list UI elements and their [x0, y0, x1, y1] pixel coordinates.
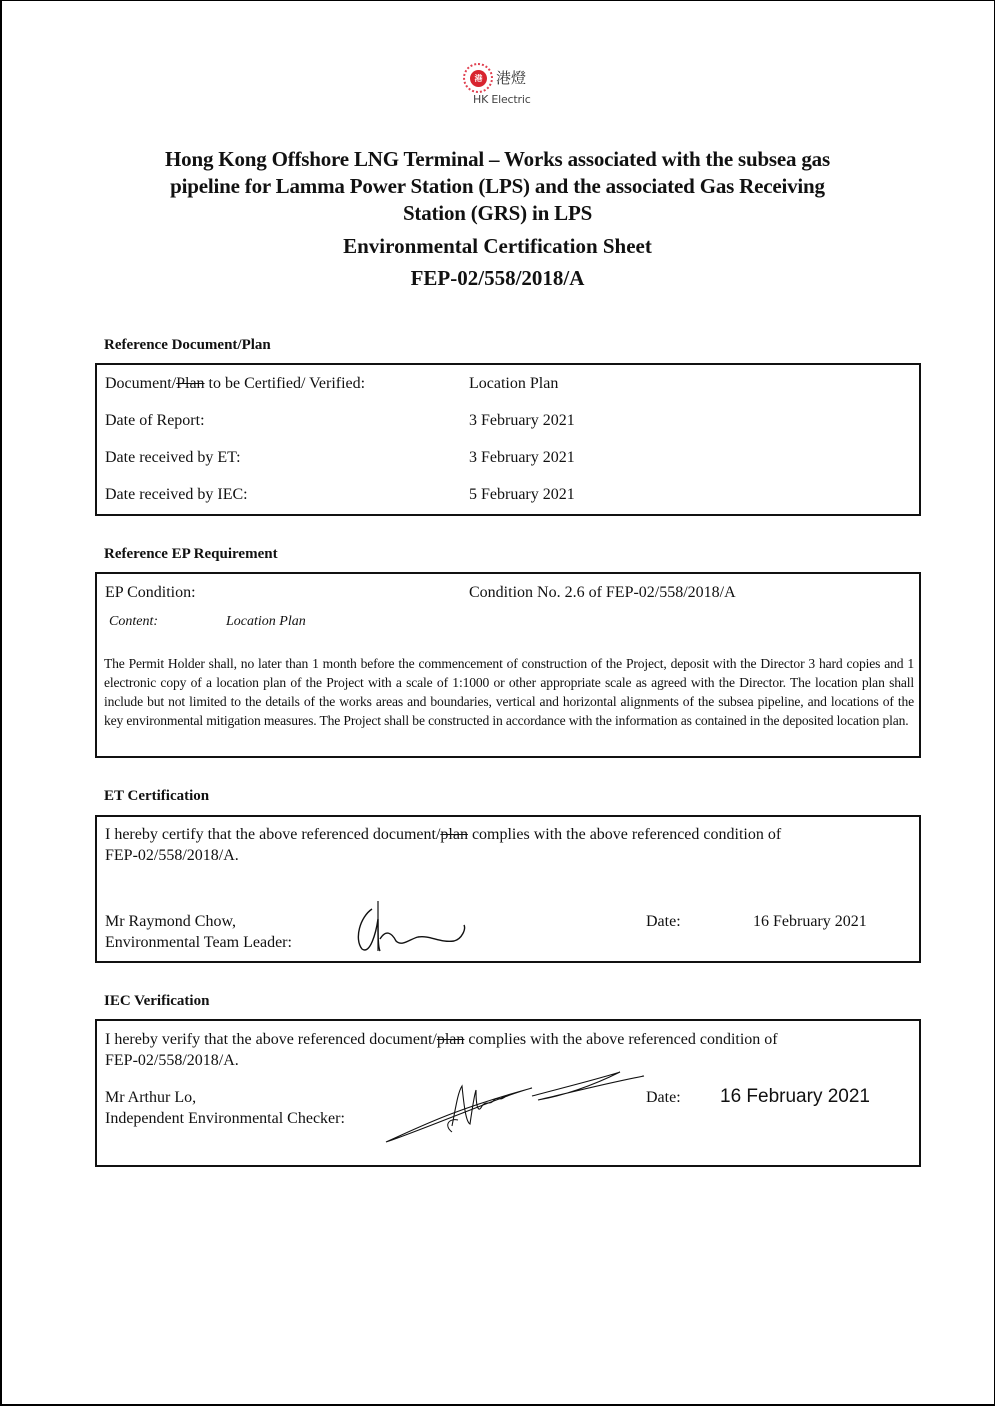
section-heading-reference-document: Reference Document/Plan — [104, 337, 271, 354]
date-received-iec-value: 5 February 2021 — [469, 486, 575, 504]
ep-condition-label: EP Condition: — [105, 584, 196, 602]
ep-condition-value: Condition No. 2.6 of FEP-02/558/2018/A — [469, 584, 736, 602]
iec-signature-icon — [382, 1066, 652, 1146]
ep-condition-text: The Permit Holder shall, no later than 1… — [104, 654, 914, 730]
date-of-report-value: 3 February 2021 — [469, 412, 575, 430]
content-value: Location Plan — [226, 614, 306, 630]
section-heading-et-certification: ET Certification — [104, 788, 209, 805]
hk-electric-logo: 港 港燈 HK Electric — [463, 63, 543, 107]
reference-document-box: Document/Plan to be Certified/ Verified:… — [95, 363, 921, 516]
title-line-1: Hong Kong Offshore LNG Terminal – Works … — [95, 146, 900, 173]
struck-text: Plan — [176, 375, 204, 392]
date-received-iec-label: Date received by IEC: — [105, 486, 248, 504]
et-signature-icon — [350, 899, 470, 957]
document-value: Location Plan — [469, 375, 558, 393]
ep-requirement-box: EP Condition: Condition No. 2.6 of FEP-0… — [95, 572, 921, 758]
section-heading-iec-verification: IEC Verification — [104, 993, 209, 1010]
statement-pre: I hereby certify that the above referenc… — [105, 826, 440, 843]
iec-statement: I hereby verify that the above reference… — [105, 1031, 778, 1049]
label-post: to be Certified/ Verified: — [205, 375, 366, 392]
struck-text: plan — [440, 826, 468, 843]
et-statement-line2: FEP-02/558/2018/A. — [105, 847, 239, 865]
struck-text: plan — [437, 1031, 465, 1048]
title-line-2: pipeline for Lamma Power Station (LPS) a… — [95, 173, 900, 200]
iec-signatory-name: Mr Arthur Lo, — [105, 1089, 196, 1107]
logo-english-text: HK Electric — [473, 93, 531, 106]
et-statement: I hereby certify that the above referenc… — [105, 826, 781, 844]
document-title: Hong Kong Offshore LNG Terminal – Works … — [95, 146, 900, 292]
iec-statement-line2: FEP-02/558/2018/A. — [105, 1052, 239, 1070]
document-label: Document/Plan to be Certified/ Verified: — [105, 375, 365, 393]
statement-post: complies with the above referenced condi… — [464, 1031, 777, 1048]
date-received-et-value: 3 February 2021 — [469, 449, 575, 467]
logo-chinese-text: 港燈 — [496, 67, 526, 88]
sheet-title: Environmental Certification Sheet — [95, 233, 900, 260]
date-of-report-label: Date of Report: — [105, 412, 205, 430]
iec-signatory-role: Independent Environmental Checker: — [105, 1110, 345, 1128]
et-signatory-role: Environmental Team Leader: — [105, 934, 292, 952]
label-pre: Document/ — [105, 375, 176, 392]
iec-date-label: Date: — [646, 1089, 681, 1107]
section-heading-ep-requirement: Reference EP Requirement — [104, 546, 278, 563]
et-date-value: 16 February 2021 — [753, 913, 867, 931]
permit-code: FEP-02/558/2018/A — [95, 265, 900, 292]
et-date-label: Date: — [646, 913, 681, 931]
et-signatory-name: Mr Raymond Chow, — [105, 913, 236, 931]
et-certification-box: I hereby certify that the above referenc… — [95, 815, 921, 963]
date-received-et-label: Date received by ET: — [105, 449, 241, 467]
logo-emblem-icon: 港 — [463, 63, 493, 93]
content-label: Content: — [109, 614, 158, 630]
title-line-3: Station (GRS) in LPS — [95, 200, 900, 227]
iec-verification-box: I hereby verify that the above reference… — [95, 1019, 921, 1167]
statement-post: complies with the above referenced condi… — [468, 826, 781, 843]
statement-pre: I hereby verify that the above reference… — [105, 1031, 437, 1048]
iec-date-value: 16 February 2021 — [720, 1086, 870, 1108]
